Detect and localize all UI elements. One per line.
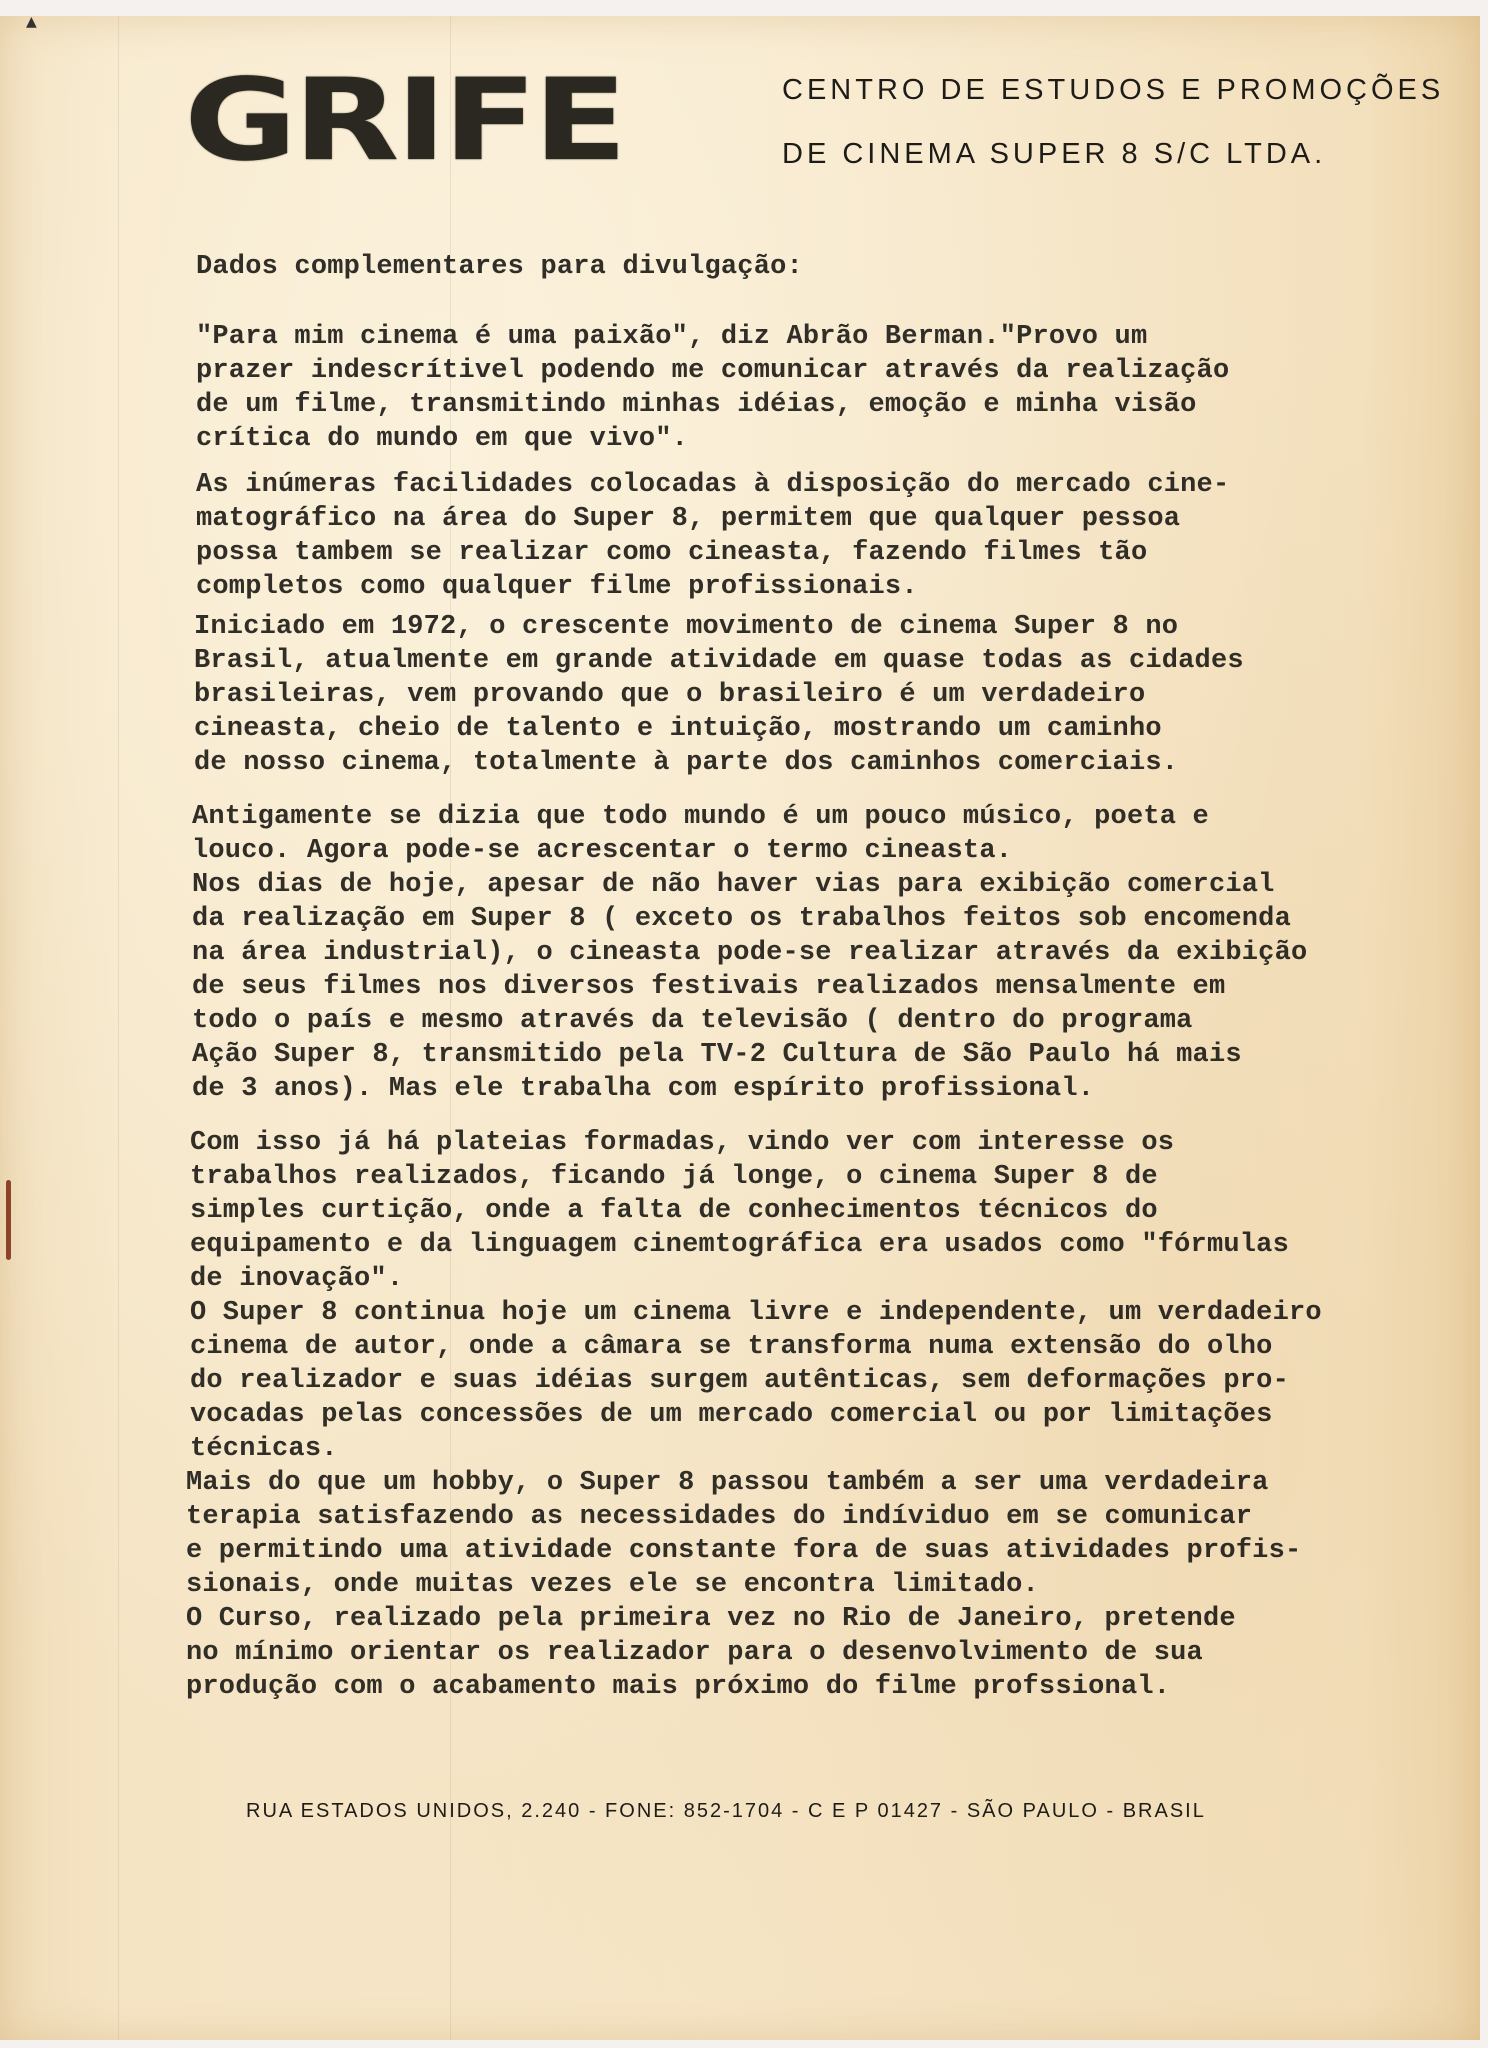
paragraph-quote: "Para mim cinema é uma paixão", diz Abrã… bbox=[196, 320, 1456, 456]
grife-logo: GRIFE bbox=[184, 64, 623, 177]
text-line: O Curso, realizado pela primeira vez no … bbox=[186, 1602, 1446, 1636]
paper-fold-line bbox=[118, 16, 119, 2040]
paragraph-facilities: As inúmeras facilidades colocadas à disp… bbox=[196, 468, 1456, 604]
paragraph-history: Iniciado em 1972, o crescente movimento … bbox=[194, 610, 1454, 780]
text-line: técnicas. bbox=[190, 1432, 1450, 1466]
text-line: "Para mim cinema é uma paixão", diz Abrã… bbox=[196, 320, 1456, 354]
text-line: Brasil, atualmente em grande atividade e… bbox=[194, 644, 1454, 678]
text-line: de nosso cinema, totalmente à parte dos … bbox=[194, 746, 1454, 780]
letterhead-footer-address: RUA ESTADOS UNIDOS, 2.240 - FONE: 852-17… bbox=[246, 1800, 1346, 1823]
text-line: equipamento e da linguagem cinemtográfic… bbox=[190, 1228, 1450, 1262]
document-heading: Dados complementares para divulgação: bbox=[196, 250, 1456, 284]
text-line: vocadas pelas concessões de um mercado c… bbox=[190, 1398, 1450, 1432]
paragraph-course: Mais do que um hobby, o Super 8 passou t… bbox=[186, 1466, 1446, 1704]
text-line: louco. Agora pode-se acrescentar o termo… bbox=[192, 834, 1452, 868]
text-line: matográfico na área do Super 8, permitem… bbox=[196, 502, 1456, 536]
text-line: prazer indescrítivel podendo me comunica… bbox=[196, 354, 1456, 388]
text-line: terapia satisfazendo as necessidades do … bbox=[186, 1500, 1446, 1534]
text-line: cinema de autor, onde a câmara se transf… bbox=[190, 1330, 1450, 1364]
text-line: Mais do que um hobby, o Super 8 passou t… bbox=[186, 1466, 1446, 1500]
text-line: de um filme, transmitindo minhas idéias,… bbox=[196, 388, 1456, 422]
company-name-line-1: CENTRO DE ESTUDOS E PROMOÇÕES bbox=[782, 74, 1444, 107]
ink-stain bbox=[6, 1180, 11, 1260]
text-line: crítica do mundo em que vivo". bbox=[196, 422, 1456, 456]
text-line: trabalhos realizados, ficando já longe, … bbox=[190, 1160, 1450, 1194]
text-line: Nos dias de hoje, apesar de não haver vi… bbox=[192, 868, 1452, 902]
text-line: e permitindo uma atividade constante for… bbox=[186, 1534, 1446, 1568]
text-line: de inovação". bbox=[190, 1262, 1450, 1296]
text-line: Antigamente se dizia que todo mundo é um… bbox=[192, 800, 1452, 834]
text-line: sionais, onde muitas vezes ele se encont… bbox=[186, 1568, 1446, 1602]
text-line: na área industrial), o cineasta pode-se … bbox=[192, 936, 1452, 970]
text-line: As inúmeras facilidades colocadas à disp… bbox=[196, 468, 1456, 502]
text-line: do realizador e suas idéias surgem autên… bbox=[190, 1364, 1450, 1398]
text-line: O Super 8 continua hoje um cinema livre … bbox=[190, 1296, 1450, 1330]
corner-mark: ▲ bbox=[26, 14, 37, 30]
text-line: no mínimo orientar os realizador para o … bbox=[186, 1636, 1446, 1670]
text-line: da realização em Super 8 ( exceto os tra… bbox=[192, 902, 1452, 936]
text-line: simples curtição, onde a falta de conhec… bbox=[190, 1194, 1450, 1228]
text-line: brasileiras, vem provando que o brasilei… bbox=[194, 678, 1454, 712]
text-line: produção com o acabamento mais próximo d… bbox=[186, 1670, 1446, 1704]
text-line: todo o país e mesmo através da televisão… bbox=[192, 1004, 1452, 1038]
text-line: Iniciado em 1972, o crescente movimento … bbox=[194, 610, 1454, 644]
company-name-line-2: DE CINEMA SUPER 8 S/C LTDA. bbox=[782, 138, 1326, 171]
text-line: possa tambem se realizar como cineasta, … bbox=[196, 536, 1456, 570]
text-line: Com isso já há plateias formadas, vindo … bbox=[190, 1126, 1450, 1160]
paragraph-today: Antigamente se dizia que todo mundo é um… bbox=[192, 800, 1452, 1106]
text-line: completos como qualquer filme profission… bbox=[196, 570, 1456, 604]
paragraph-audiences: Com isso já há plateias formadas, vindo … bbox=[190, 1126, 1450, 1466]
text-line: cineasta, cheio de talento e intuição, m… bbox=[194, 712, 1454, 746]
text-line: Ação Super 8, transmitido pela TV-2 Cult… bbox=[192, 1038, 1452, 1072]
text-line: de 3 anos). Mas ele trabalha com espírit… bbox=[192, 1072, 1452, 1106]
text-line: de seus filmes nos diversos festivais re… bbox=[192, 970, 1452, 1004]
